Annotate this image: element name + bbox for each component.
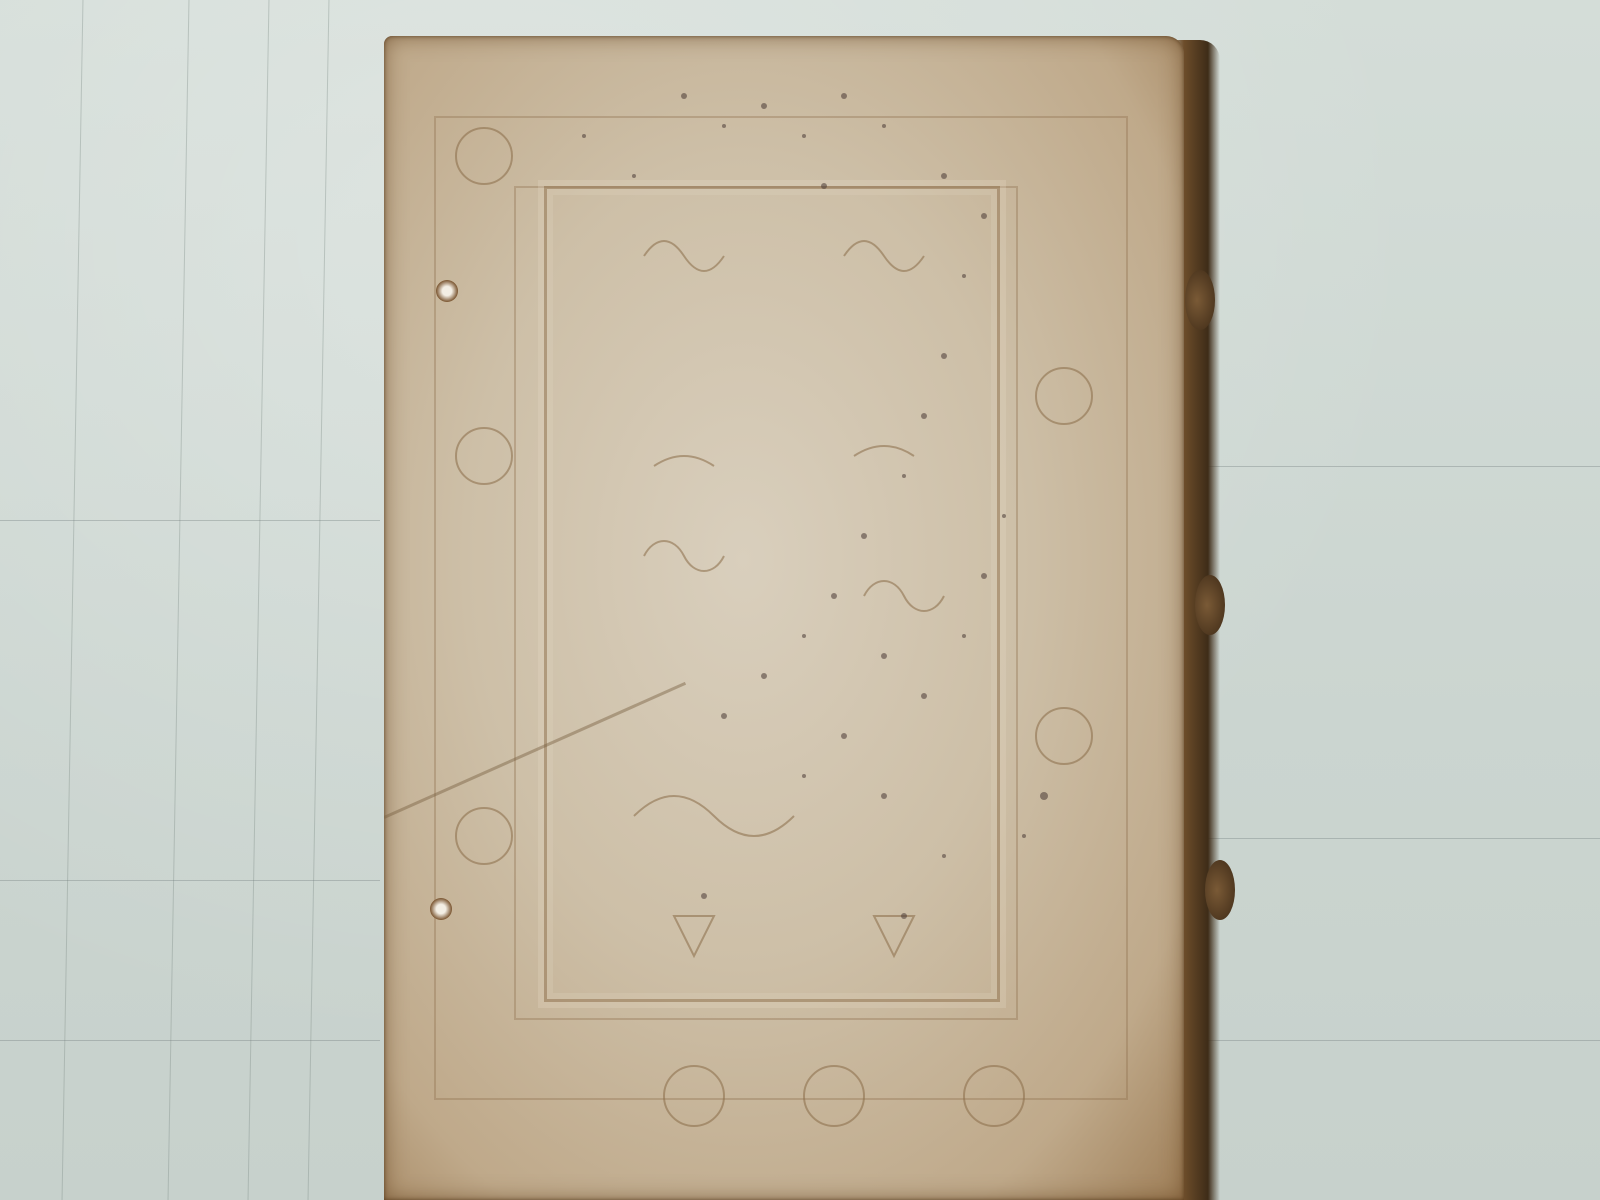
tie-remnant [1185,270,1215,330]
tie-hole [436,280,458,302]
tie-remnant [1195,575,1225,635]
book-cover [384,36,1184,1200]
foxing-speckles [384,36,1184,1200]
grid-line [0,880,380,881]
grid-line [0,1040,380,1041]
grid-line [0,520,380,521]
grid-line [1200,1040,1600,1041]
tie-hole [430,898,452,920]
grid-line [1200,838,1600,839]
tie-remnant [1205,860,1235,920]
grid-line [1190,466,1600,467]
